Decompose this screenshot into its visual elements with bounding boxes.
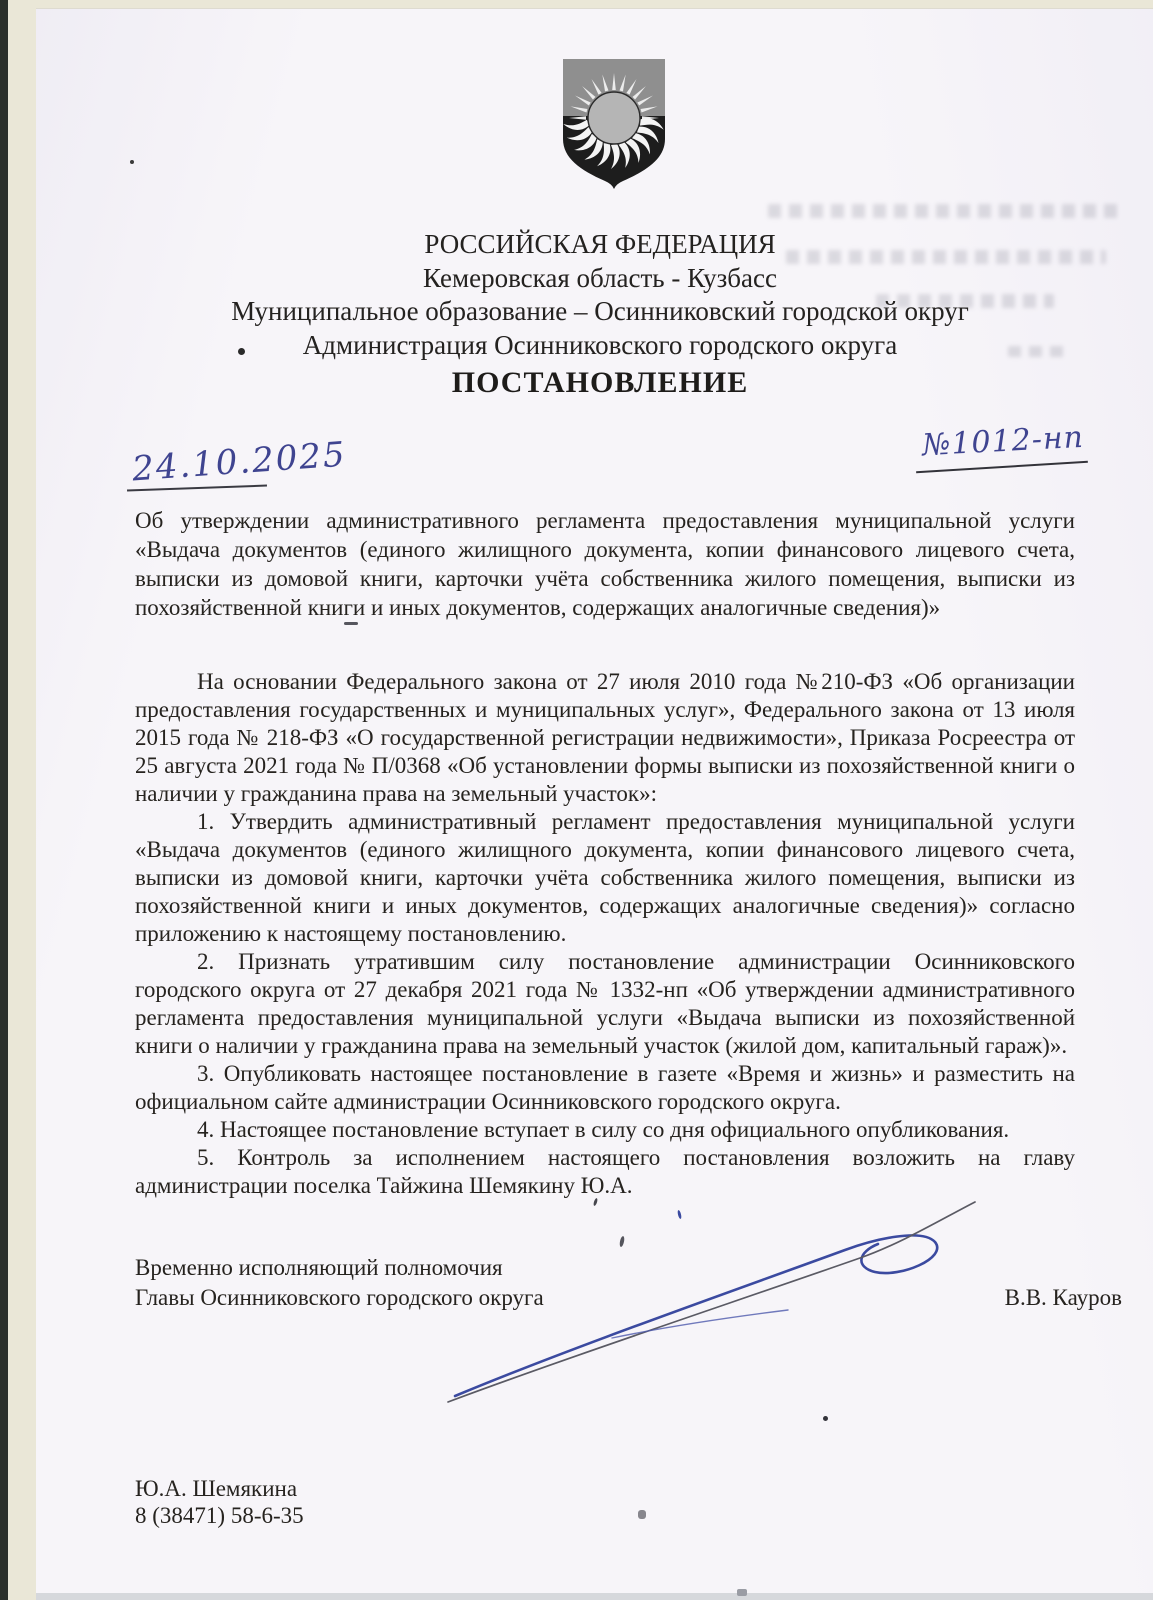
- executor-block: Ю.А. Шемякина 8 (38471) 58-6-35: [135, 1475, 304, 1529]
- paragraph-item-2: 2. Признать утратившим силу постановлени…: [135, 948, 1075, 1060]
- executor-phone: 8 (38471) 58-6-35: [135, 1502, 304, 1529]
- ink-speck: [823, 1416, 828, 1421]
- ink-speck: [638, 1510, 646, 1519]
- ink-signature: [430, 1180, 990, 1435]
- dust-speck: [130, 160, 134, 164]
- ink-speck: [344, 622, 358, 625]
- document-body: На основании Федерального закона от 27 и…: [135, 668, 1075, 1200]
- scan-edge-strip: [0, 0, 8, 1600]
- signer-name: В.В. Кауров: [1005, 1283, 1122, 1313]
- ink-speck: [737, 1589, 747, 1596]
- letterhead-administration: Администрация Осинниковского городского …: [150, 329, 1050, 363]
- paragraph-preamble: На основании Федерального закона от 27 и…: [135, 668, 1075, 808]
- letterhead-municipality: Муниципальное образование – Осинниковски…: [150, 295, 1050, 329]
- scanned-document-page: РОССИЙСКАЯ ФЕДЕРАЦИЯ Кемеровская область…: [0, 0, 1153, 1600]
- ink-speck: [238, 348, 245, 355]
- scan-bottom-edge: [36, 1593, 1153, 1600]
- letterhead-region: Кемеровская область - Кузбасс: [150, 262, 1050, 296]
- document-title: ПОСТАНОВЛЕНИЕ: [150, 366, 1050, 400]
- coat-of-arms-icon: [560, 57, 668, 190]
- bleed-through-line: [768, 204, 1124, 218]
- executor-name: Ю.А. Шемякина: [135, 1475, 304, 1502]
- letterhead: РОССИЙСКАЯ ФЕДЕРАЦИЯ Кемеровская область…: [150, 228, 1050, 362]
- paragraph-item-3: 3. Опубликовать настоящее постановление …: [135, 1060, 1075, 1116]
- paragraph-item-4: 4. Настоящее постановление вступает в си…: [135, 1116, 1075, 1144]
- document-subject: Об утверждении административного регламе…: [135, 506, 1075, 622]
- letterhead-country: РОССИЙСКАЯ ФЕДЕРАЦИЯ: [150, 228, 1050, 262]
- paragraph-item-1: 1. Утвердить административный регламент …: [135, 808, 1075, 948]
